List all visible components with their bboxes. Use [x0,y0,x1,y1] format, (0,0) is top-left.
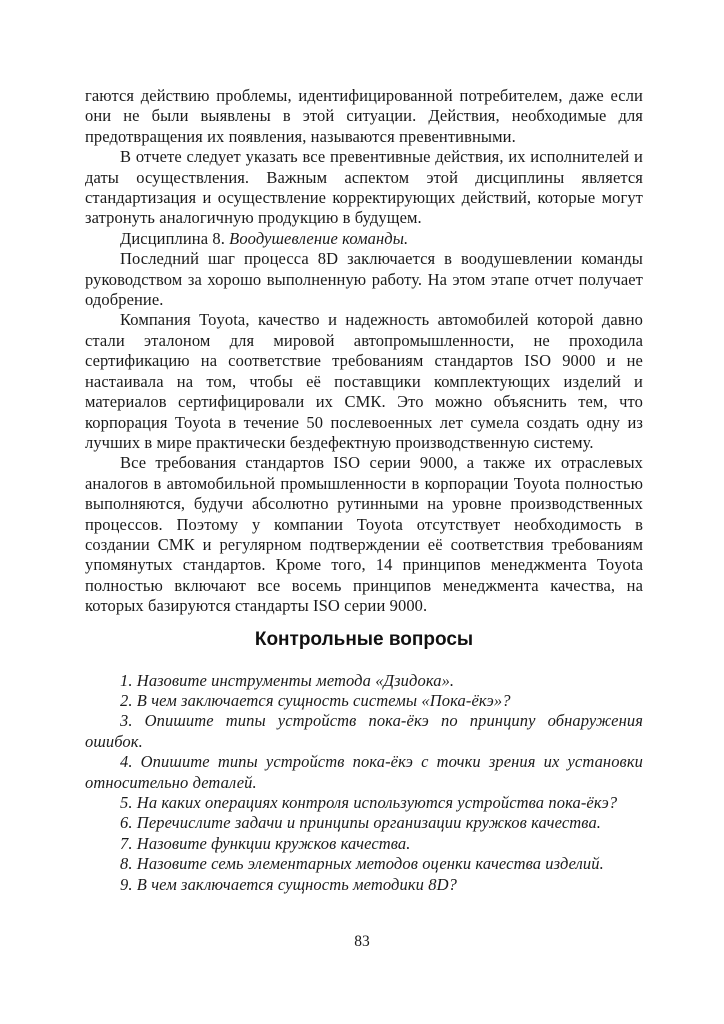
question-item-8: 8. Назовите семь элементарных методов оц… [85,854,643,874]
question-item-7: 7. Назовите функции кружков качества. [85,834,643,854]
paragraph: Последний шаг процесса 8D заключается в … [85,249,643,310]
question-item-4: 4. Опишите типы устройств пока-ёкэ с точ… [85,752,643,793]
discipline-label: Дисциплина 8. [120,229,229,248]
page-number: 83 [354,933,370,950]
page-footer: 83 [0,933,724,951]
question-item-3: 3. Опишите типы устройств пока-ёкэ по пр… [85,711,643,752]
paragraph-continuation: гаются действию проблемы, идентифицирова… [85,86,643,147]
paragraph-discipline-8: Дисциплина 8. Воодушевление команды. [85,229,643,249]
question-item-5: 5. На каких операциях контроля использую… [85,793,643,813]
document-page: гаются действию проблемы, идентифицирова… [0,0,724,1024]
question-item-1: 1. Назовите инструменты метода «Дзидока»… [85,671,643,691]
paragraph-iso-9000: Все требования стандартов ISO серии 9000… [85,453,643,616]
section-heading-control-questions: Контрольные вопросы [85,629,643,651]
question-item-2: 2. В чем заключается сущность системы «П… [85,691,643,711]
paragraph: В отчете следует указать все превентивны… [85,147,643,229]
text-block: гаются действию проблемы, идентифицирова… [85,86,643,895]
discipline-title: Воодушевление команды. [229,229,408,248]
question-item-9: 9. В чем заключается сущность методики 8… [85,875,643,895]
paragraph-toyota: Компания Toyota, качество и надежность а… [85,310,643,453]
question-item-6: 6. Перечислите задачи и принципы организ… [85,813,643,833]
